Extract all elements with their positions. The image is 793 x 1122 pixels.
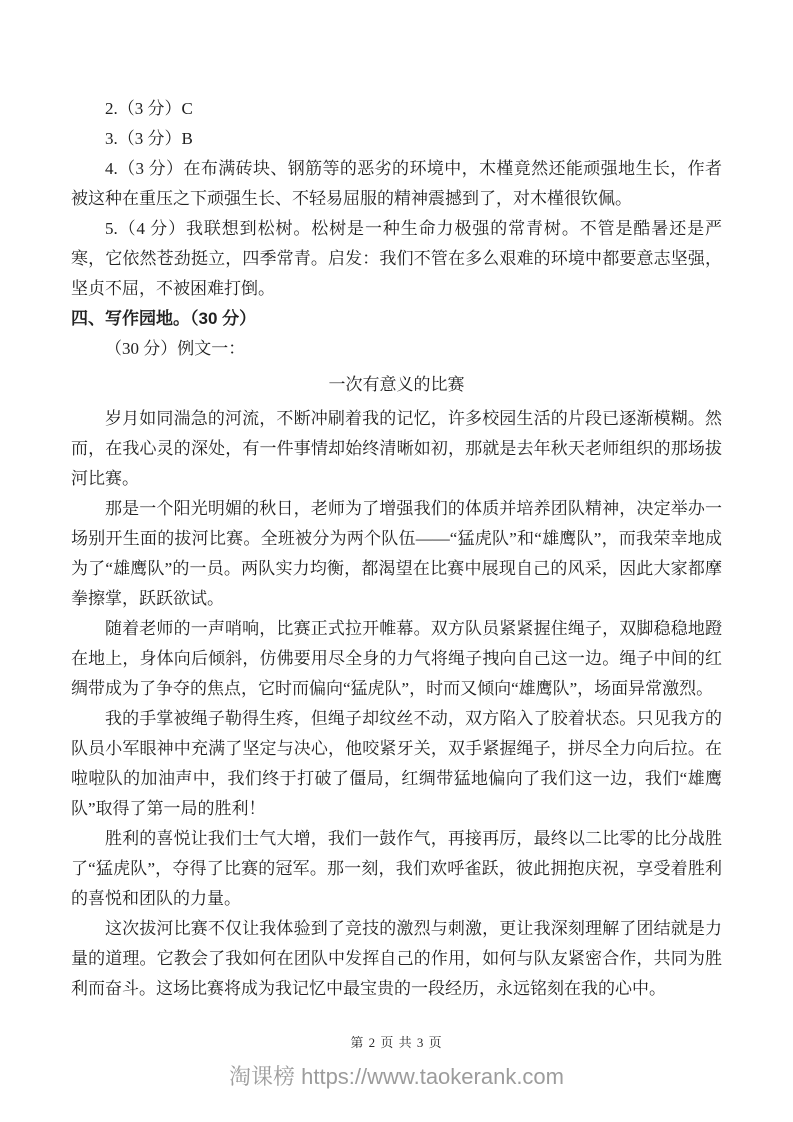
section-heading-writing: 四、写作园地。（30 分） [71,304,722,334]
essay-paragraph-2: 那是一个阳光明媚的秋日，老师为了增强我们的体质并培养团队精神，决定举办一场别开生… [71,494,722,614]
document-page: 2.（3 分）C 3.（3 分）B 4.（3 分）在布满砖块、钢筋等的恶劣的环境… [0,0,793,1122]
site-watermark: 淘课榜 https://www.taokerank.com [0,1060,793,1091]
essay-paragraph-6: 这次拔河比赛不仅让我体验到了竞技的激烈与刺激，更让我深刻理解了团结就是力量的道理… [71,914,722,1004]
page-content: 2.（3 分）C 3.（3 分）B 4.（3 分）在布满砖块、钢筋等的恶劣的环境… [71,94,722,1004]
essay-paragraph-4: 我的手掌被绳子勒得生疼，但绳子却纹丝不动，双方陷入了胶着状态。只见我方的队员小军… [71,704,722,824]
essay-paragraph-3: 随着老师的一声哨响，比赛正式拉开帷幕。双方队员紧紧握住绳子，双脚稳稳地蹬在地上，… [71,614,722,704]
page-number-indicator: 第 2 页 共 3 页 [0,1032,793,1051]
essay-paragraph-1: 岁月如同湍急的河流，不断冲刷着我的记忆，许多校园生活的片段已逐渐模糊。然而，在我… [71,404,722,494]
answer-item-2: 2.（3 分）C [71,94,722,124]
answer-item-5: 5.（4 分）我联想到松树。松树是一种生命力极强的常青树。不管是酷暑还是严寒，它… [71,214,722,304]
answer-item-3: 3.（3 分）B [71,124,722,154]
answer-item-4: 4.（3 分）在布满砖块、钢筋等的恶劣的环境中，木槿竟然还能顽强地生长，作者被这… [71,154,722,214]
example-essay-label: （30 分）例文一： [71,334,722,364]
essay-title: 一次有意义的比赛 [71,370,722,400]
essay-paragraph-5: 胜利的喜悦让我们士气大增，我们一鼓作气，再接再厉，最终以二比零的比分战胜了“猛虎… [71,824,722,914]
